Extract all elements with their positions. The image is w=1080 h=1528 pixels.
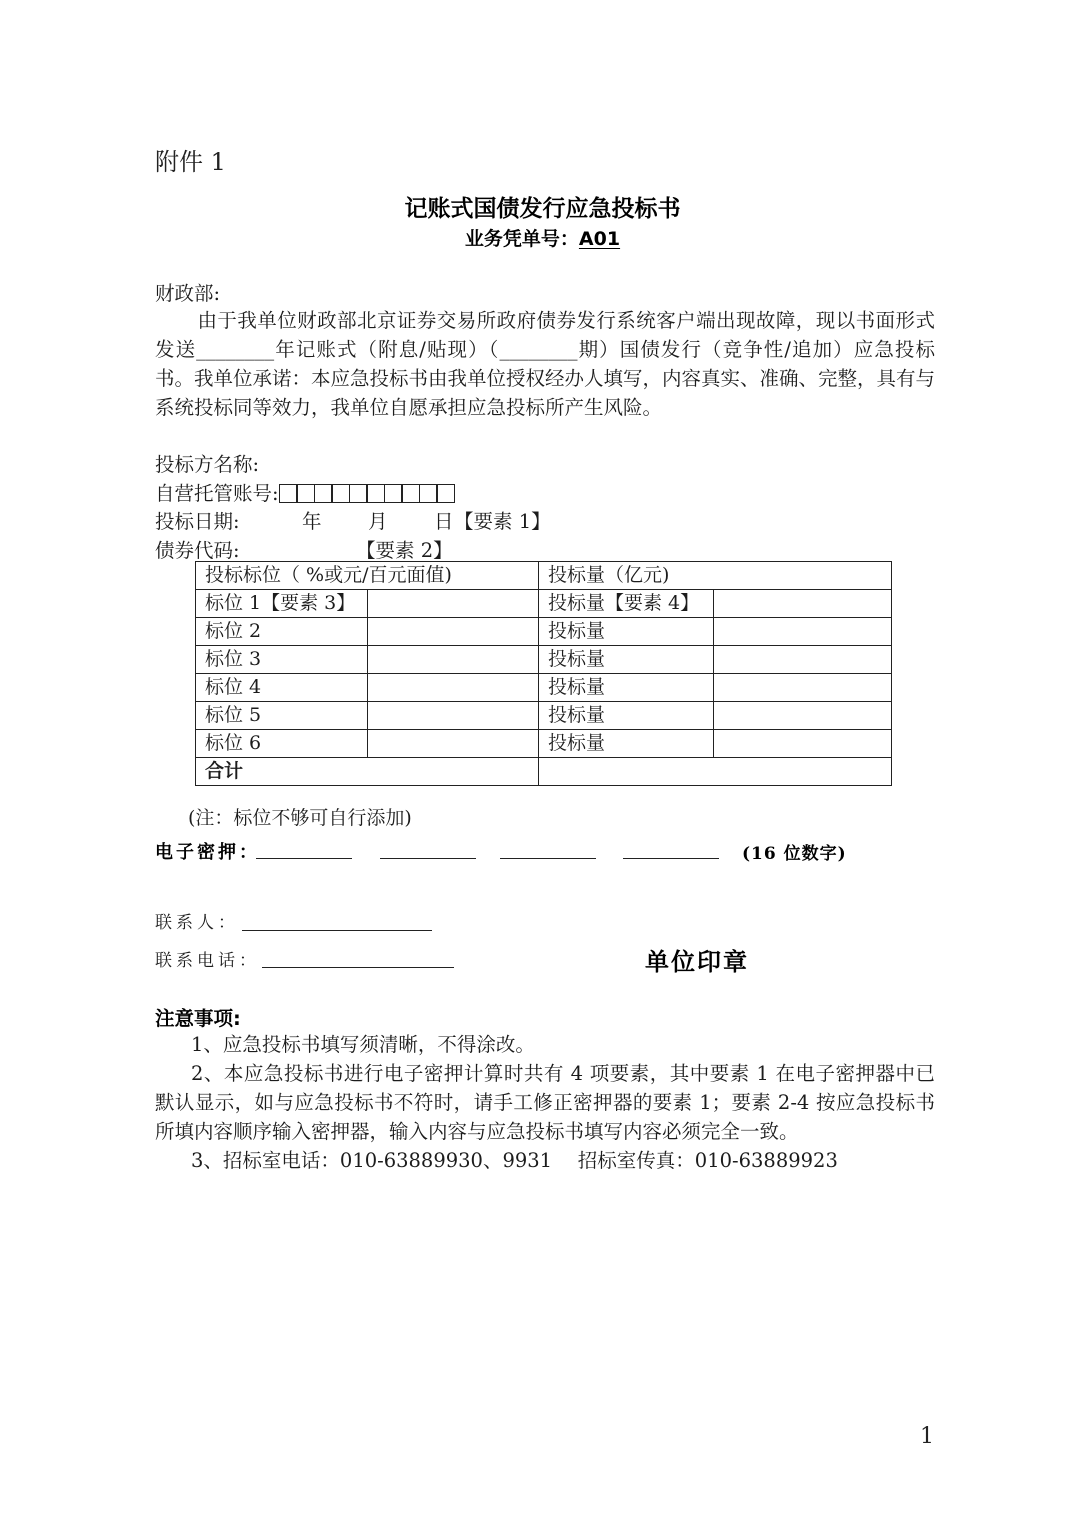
note-item: 3、招标室电话：010-63889930、9931 招标室传真：010-6388… [155,1146,935,1175]
mac-segment-4-line[interactable] [623,858,719,859]
header-bid-position: 投标标位（ %或元/百元面值) [196,562,539,590]
position-value-cell[interactable] [368,674,539,702]
contact-phone-line[interactable] [262,967,454,968]
note-item-text: 3、招标室电话：010-63889930、9931 招标室传真：010-6388… [191,1149,838,1172]
amount-label: 投标量【要素 4】 [539,590,714,618]
element-1-tag: 【要素 1】 [454,506,551,534]
digit-box[interactable] [401,484,420,503]
voucher-number: 业务凭单号：A01 [0,224,1080,251]
amount-value-cell[interactable] [714,730,892,758]
account-number-field: 自营托管账号: [155,478,454,508]
position-value-cell[interactable] [368,646,539,674]
table-total-row: 合计 [196,758,892,786]
header-bid-amount: 投标量（亿元) [539,562,892,590]
table-header-row: 投标标位（ %或元/百元面值) 投标量（亿元) [196,562,892,590]
contact-person-label: 联系人： [155,908,239,933]
amount-value-cell[interactable] [714,618,892,646]
position-value-cell[interactable] [368,618,539,646]
element-2-tag: 【要素 2】 [356,535,453,563]
contact-phone-label: 联系电话： [155,946,260,971]
position-value-cell[interactable] [368,590,539,618]
voucher-number-label: 业务凭单号： [465,228,579,250]
unit-seal-label: 单位印章 [645,942,749,977]
digit-box[interactable] [314,484,333,503]
amount-label: 投标量 [539,730,714,758]
note-item-text: 1、应急投标书填写须清晰，不得涂改。 [191,1033,535,1056]
mac-label: 电子密押： [155,838,260,864]
table-row: 标位 5 投标量 [196,702,892,730]
note-item: 1、应急投标书填写须清晰，不得涂改。 [155,1030,935,1059]
position-label: 标位 5 [196,702,368,730]
attachment-label: 附件 1 [155,142,226,177]
position-label: 标位 3 [196,646,368,674]
salutation: 财政部: [155,278,220,306]
digit-box[interactable] [384,484,403,503]
page-number: 1 [920,1424,934,1449]
digit-box[interactable] [279,484,298,503]
amount-label: 投标量 [539,646,714,674]
amount-value-cell[interactable] [714,590,892,618]
position-label: 标位 4 [196,674,368,702]
month-label: 月 [368,506,388,534]
mac-segment-3-line[interactable] [500,858,596,859]
bond-code-label: 债券代码: [155,535,240,563]
digit-box[interactable] [349,484,368,503]
contact-person-line[interactable] [242,930,432,931]
digit-box[interactable] [331,484,350,503]
table-row: 标位 3 投标量 [196,646,892,674]
position-value-cell[interactable] [368,702,539,730]
notes-list: 1、应急投标书填写须清晰，不得涂改。 2、本应急投标书进行电子密押计算时共有 4… [155,1030,935,1175]
document-title: 记账式国债发行应急投标书 [0,190,1080,223]
position-label: 标位 1【要素 3】 [196,590,368,618]
digit-box[interactable] [366,484,385,503]
day-label: 日 [434,506,454,534]
account-number-boxes[interactable] [279,484,454,508]
position-value-cell[interactable] [368,730,539,758]
amount-label: 投标量 [539,618,714,646]
amount-value-cell[interactable] [714,674,892,702]
bidder-name-field[interactable]: 投标方名称: [155,449,259,477]
note-item-text: 2、本应急投标书进行电子密押计算时共有 4 项要素，其中要素 1 在电子密押器中… [155,1062,935,1143]
digit-box[interactable] [436,484,455,503]
total-value-cell[interactable] [539,758,892,786]
voucher-number-code: A01 [579,228,620,250]
position-label: 标位 6 [196,730,368,758]
notes-title: 注意事项: [155,1003,241,1031]
note-item: 2、本应急投标书进行电子密押计算时共有 4 项要素，其中要素 1 在电子密押器中… [155,1059,935,1146]
table-note: (注：标位不够可自行添加) [188,803,412,830]
total-label: 合计 [196,758,539,786]
account-number-label: 自营托管账号: [155,482,279,505]
table-row: 标位 2 投标量 [196,618,892,646]
mac-hint: (16 位数字) [742,839,847,864]
bid-date-label: 投标日期: [155,506,240,534]
bidder-name-label: 投标方名称: [155,453,259,476]
amount-label: 投标量 [539,674,714,702]
mac-segment-2-line[interactable] [380,858,476,859]
mac-segment-1-line[interactable] [256,858,352,859]
commitment-paragraph: 由于我单位财政部北京证券交易所政府债券发行系统客户端出现故障，现以书面形式发送_… [155,306,935,422]
commitment-text: 由于我单位财政部北京证券交易所政府债券发行系统客户端出现故障，现以书面形式发送_… [155,309,935,419]
table-row: 标位 1【要素 3】 投标量【要素 4】 [196,590,892,618]
position-label: 标位 2 [196,618,368,646]
year-label: 年 [302,506,322,534]
digit-box[interactable] [296,484,315,503]
bid-table: 投标标位（ %或元/百元面值) 投标量（亿元) 标位 1【要素 3】 投标量【要… [195,561,892,786]
digit-box[interactable] [419,484,438,503]
amount-value-cell[interactable] [714,646,892,674]
amount-label: 投标量 [539,702,714,730]
table-row: 标位 6 投标量 [196,730,892,758]
amount-value-cell[interactable] [714,702,892,730]
table-row: 标位 4 投标量 [196,674,892,702]
